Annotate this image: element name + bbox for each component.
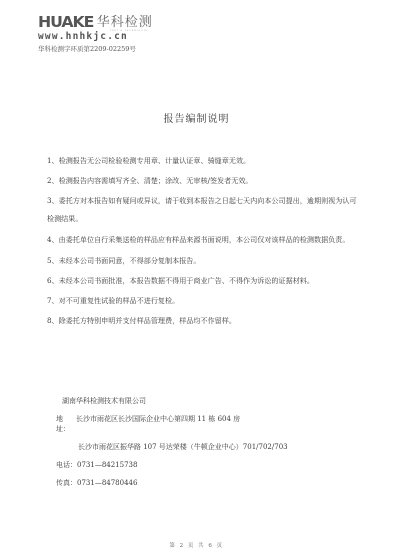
- company-name: 湖南华科检测技术有限公司: [62, 396, 288, 406]
- list-item: 8、除委托方特别申明并支付样品管理费，样品均不作留样。: [47, 316, 357, 325]
- list-item: 7、对不可重复性试验的样品不进行复检。: [47, 296, 357, 305]
- company-contact-block: 湖南华科检测技术有限公司 地址： 长沙市雨花区长沙国际企业中心第四期 11 栋 …: [56, 396, 288, 488]
- address-row: 地址： 长沙市雨花区长沙国际企业中心第四期 11 栋 604 房: [56, 414, 288, 434]
- list-item: 4、由委托单位自行采集送检的样品应有样品来源书面说明，本公司仅对该样品的检测数据…: [47, 231, 357, 249]
- page-indicator: 第 2 页 共 6 页: [0, 541, 393, 549]
- list-item: 3、委托方对本报告如有疑问或异议，请于收到本报告之日起七天内向本公司提出，逾期则…: [47, 192, 357, 228]
- address-line-2: 长沙市雨花区振华路 107 号达荣楼（牛顿企业中心）701/702/703: [78, 442, 288, 452]
- page-title: 报告编制说明: [0, 110, 393, 125]
- logo-chinese-name: 华科检测: [97, 15, 153, 30]
- instructions-list: 1、检测报告无公司检验检测专用章、计量认证章、骑缝章无效。 2、检测报告内容需填…: [47, 156, 357, 336]
- company-logo: HUAKE 华科检测: [38, 13, 153, 30]
- phone-number: 电话：0731—84215738: [56, 460, 288, 470]
- list-item: 6、未经本公司书面批准，本报告数据不得用于商业广告、不得作为诉讼的证据材料。: [47, 276, 357, 285]
- logo-tagline: TEST & TECHNOLOGY: [110, 30, 149, 32]
- list-item: 2、检测报告内容需填写齐全、清楚；涂改、无审核/签发者无效。: [47, 176, 357, 185]
- certificate-number: 华科检测字环质第2209-02259号: [38, 45, 153, 53]
- logo-mark: HUAKE: [38, 14, 93, 30]
- address-line-1: 长沙市雨花区长沙国际企业中心第四期 11 栋 604 房: [76, 414, 240, 434]
- website-url: www.hnhkjc.cn: [38, 31, 153, 42]
- fax-number: 传真：0731—84780446: [56, 478, 288, 488]
- letterhead: HUAKE 华科检测 TEST & TECHNOLOGY www.hnhkjc.…: [38, 13, 153, 53]
- list-item: 5、未经本公司书面同意，不得部分复制本报告。: [47, 256, 357, 265]
- list-item: 1、检测报告无公司检验检测专用章、计量认证章、骑缝章无效。: [47, 156, 357, 165]
- address-label: 地址：: [56, 414, 76, 434]
